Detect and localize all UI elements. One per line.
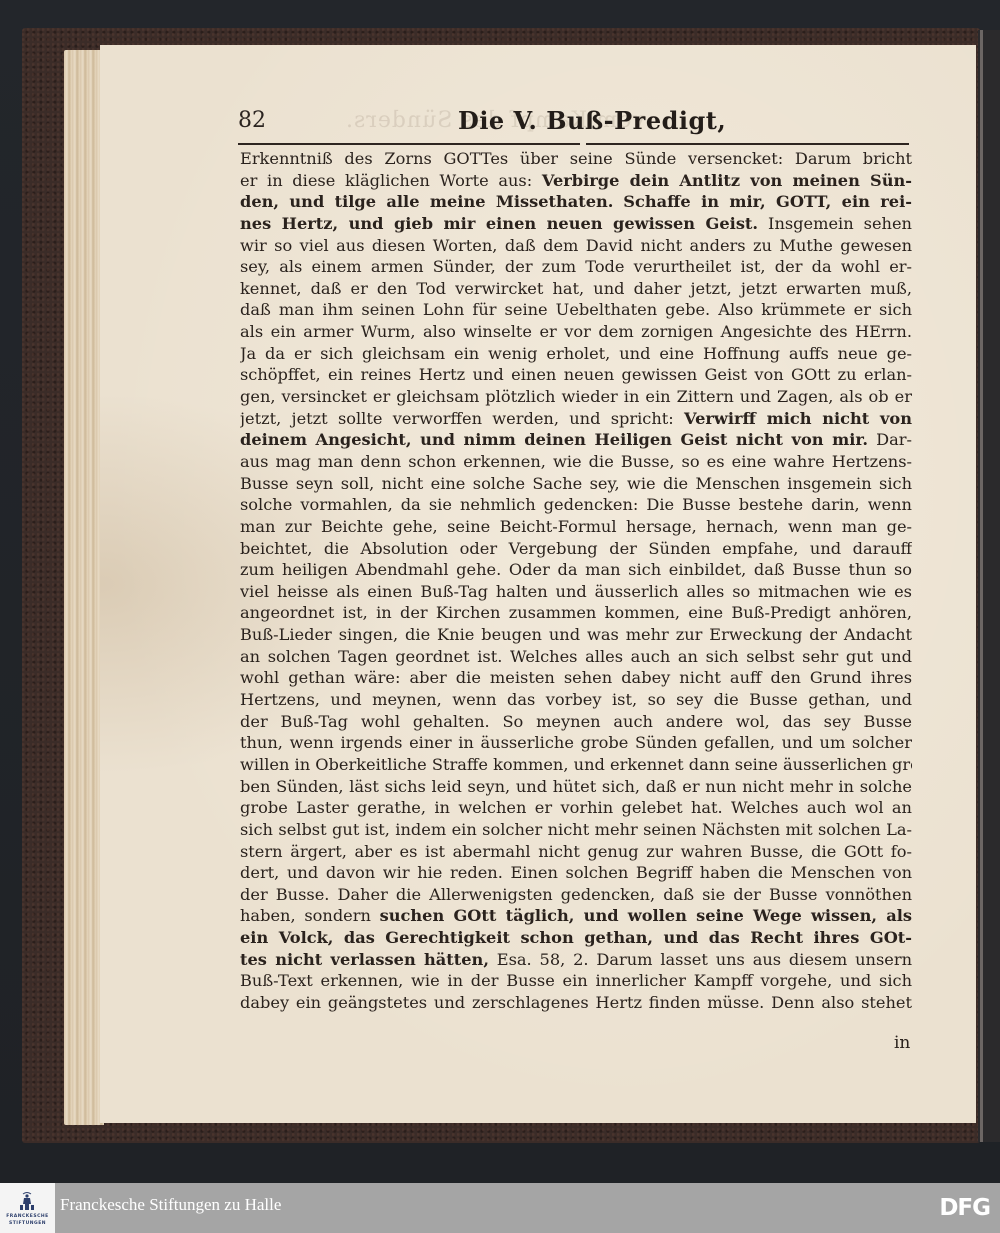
text-segment: stern ärgert, aber es ist abermahl nicht… bbox=[240, 842, 912, 861]
text-line: thun, wenn irgends einer in äusserliche … bbox=[240, 732, 912, 754]
page-number: 82 bbox=[238, 108, 266, 133]
text-segment: ben Sünden, läst sichs leid seyn, und hü… bbox=[240, 777, 912, 796]
text-line: haben, sondern suchen GOtt täglich, und … bbox=[240, 905, 912, 927]
text-segment: haben, sondern bbox=[240, 906, 380, 925]
catchword: in bbox=[894, 1033, 910, 1053]
text-line: ein Volck, das Gerechtigkeit schon getha… bbox=[240, 927, 912, 949]
text-line: als ein armer Wurm, also winselte er vor… bbox=[240, 321, 912, 343]
logo-text-line2: STIFTUNGEN bbox=[2, 1221, 53, 1226]
text-segment: daß man ihm seinen Lohn für seine Uebelt… bbox=[240, 300, 912, 319]
text-line: kennet, daß er den Tod verwircket hat, u… bbox=[240, 278, 912, 300]
text-segment: thun, wenn irgends einer in äusserliche … bbox=[240, 733, 912, 752]
text-segment: Esa. 58, 2. Darum lasset uns aus diesem … bbox=[489, 950, 912, 969]
emphasized-scripture-text: Verbirge dein Antlitz von meinen Sün- bbox=[542, 171, 912, 190]
text-line: den, und tilge alle meine Missethaten. S… bbox=[240, 191, 912, 213]
orphan-statue-icon bbox=[20, 1191, 34, 1211]
text-line: nes Hertz, und gieb mir einen neuen gewi… bbox=[240, 213, 912, 235]
text-line: grobe Laster gerathe, in welchen er vorh… bbox=[240, 797, 912, 819]
text-segment: willen in Oberkeitliche Straffe kommen, … bbox=[240, 755, 912, 774]
text-line: angeordnet ist, in der Kirchen zusammen … bbox=[240, 602, 912, 624]
text-segment: schöpffet, ein reines Hertz und einen ne… bbox=[240, 365, 912, 384]
text-segment: grobe Laster gerathe, in welchen er vorh… bbox=[240, 798, 912, 817]
page-edges bbox=[64, 50, 104, 1125]
text-segment: viel heisse als einen Buß-Tag halten und… bbox=[240, 582, 912, 601]
text-segment: Ja da er sich gleichsam ein wenig erhole… bbox=[240, 344, 912, 363]
text-segment: er in diese kläglichen Worte aus: bbox=[240, 171, 542, 190]
text-line: schöpffet, ein reines Hertz und einen ne… bbox=[240, 364, 912, 386]
institution-name[interactable]: Franckesche Stiftungen zu Halle bbox=[60, 1195, 281, 1215]
text-line: wohl gethan wäre: aber die meisten sehen… bbox=[240, 667, 912, 689]
running-head: Die V. Buß-Predigt, bbox=[458, 106, 726, 135]
emphasized-scripture-text: den, und tilge alle meine Missethaten. bbox=[240, 192, 613, 211]
text-line: Ja da er sich gleichsam ein wenig erhole… bbox=[240, 343, 912, 365]
text-segment: Hertzens, und meynen, wenn das vorbey is… bbox=[240, 690, 912, 709]
footer-bar: FRANCKESCHE STIFTUNGEN Franckesche Stift… bbox=[0, 1183, 1000, 1233]
emphasized-scripture-text: tes nicht verlassen hätten, bbox=[240, 950, 489, 969]
text-segment: gen, versincket er gleichsam plötzlich w… bbox=[240, 387, 912, 406]
text-line: zum heiligen Abendmahl gehe. Oder da man… bbox=[240, 559, 912, 581]
text-line: aus mag man denn schon erkennen, wie die… bbox=[240, 451, 912, 473]
emphasized-scripture-text: ein Volck, das Gerechtigkeit schon getha… bbox=[240, 928, 912, 947]
text-segment: zum heiligen Abendmahl gehe. Oder da man… bbox=[240, 560, 912, 579]
text-segment: der Buß-Tag wohl gehalten. So meynen auc… bbox=[240, 712, 912, 731]
text-line: stern ärgert, aber es ist abermahl nicht… bbox=[240, 841, 912, 863]
text-line: wir so viel aus diesen Worten, daß dem D… bbox=[240, 235, 912, 257]
text-segment: Insgemein sehen bbox=[758, 214, 912, 233]
text-segment: man zur Beichte gehe, seine Beicht-Formu… bbox=[240, 517, 912, 536]
text-segment: beichtet, die Absolution oder Vergebung … bbox=[240, 539, 912, 558]
text-segment: sich selbst gut ist, indem ein solcher n… bbox=[240, 820, 912, 839]
text-segment: dabey ein geängstetes und zerschlagenes … bbox=[240, 993, 912, 1012]
text-segment: der Busse. Daher die Allerwenigsten gede… bbox=[240, 885, 912, 904]
header-rule-left bbox=[238, 143, 580, 145]
text-segment: dert, und davon wir hie reden. Einen sol… bbox=[240, 863, 912, 882]
emphasized-scripture-text: deinem Angesicht, und nimm deinen Heilig… bbox=[240, 430, 868, 449]
header-rule-right bbox=[586, 143, 909, 145]
text-line: dabey ein geängstetes und zerschlagenes … bbox=[240, 992, 912, 1014]
text-segment: Dar- bbox=[868, 430, 912, 449]
text-line: man zur Beichte gehe, seine Beicht-Formu… bbox=[240, 516, 912, 538]
text-line: tes nicht verlassen hätten, Esa. 58, 2. … bbox=[240, 949, 912, 971]
text-line: deinem Angesicht, und nimm deinen Heilig… bbox=[240, 429, 912, 451]
text-segment: Erkenntniß des Zorns GOTTes über seine S… bbox=[240, 149, 912, 168]
body-text: Erkenntniß des Zorns GOTTes über seine S… bbox=[240, 148, 912, 1014]
text-line: jetzt, jetzt sollte verworffen werden, u… bbox=[240, 408, 912, 430]
text-segment: Busse seyn soll, nicht eine solche Sache… bbox=[240, 474, 912, 493]
text-segment: wohl gethan wäre: aber die meisten sehen… bbox=[240, 668, 912, 687]
text-line: dert, und davon wir hie reden. Einen sol… bbox=[240, 862, 912, 884]
institution-logo[interactable]: FRANCKESCHE STIFTUNGEN bbox=[0, 1183, 55, 1233]
book-cover-right-edge bbox=[978, 30, 1000, 1142]
text-line: der Buß-Tag wohl gehalten. So meynen auc… bbox=[240, 711, 912, 733]
text-line: der Busse. Daher die Allerwenigsten gede… bbox=[240, 884, 912, 906]
text-line: er in diese kläglichen Worte aus: Verbir… bbox=[240, 170, 912, 192]
emphasized-scripture-text: nes Hertz, und gieb mir einen neuen gewi… bbox=[240, 214, 758, 233]
text-segment: wir so viel aus diesen Worten, daß dem D… bbox=[240, 236, 912, 255]
text-segment: Buß-Text erkennen, wie in der Busse ein … bbox=[240, 971, 912, 990]
text-line: sey, als einem armen Sünder, der zum Tod… bbox=[240, 256, 912, 278]
text-segment: kennet, daß er den Tod verwircket hat, u… bbox=[240, 279, 912, 298]
logo-text-line1: FRANCKESCHE bbox=[2, 1214, 53, 1219]
text-segment: als ein armer Wurm, also winselte er vor… bbox=[240, 322, 912, 341]
text-segment: solche vormahlen, da sie nehmlich gedenc… bbox=[240, 495, 912, 514]
text-line: daß man ihm seinen Lohn für seine Uebelt… bbox=[240, 299, 912, 321]
text-line: Busse seyn soll, nicht eine solche Sache… bbox=[240, 473, 912, 495]
text-line: Erkenntniß des Zorns GOTTes über seine S… bbox=[240, 148, 912, 170]
text-line: sich selbst gut ist, indem ein solcher n… bbox=[240, 819, 912, 841]
text-segment: an solchen Tagen geordnet ist. Welches a… bbox=[240, 647, 912, 666]
text-segment: sey, als einem armen Sünder, der zum Tod… bbox=[240, 257, 912, 276]
text-segment: angeordnet ist, in der Kirchen zusammen … bbox=[240, 603, 912, 622]
text-line: ben Sünden, läst sichs leid seyn, und hü… bbox=[240, 776, 912, 798]
text-line: Hertzens, und meynen, wenn das vorbey is… bbox=[240, 689, 912, 711]
dfg-logo[interactable]: DFG bbox=[939, 1195, 990, 1221]
text-line: Buß-Lieder singen, die Knie beugen und w… bbox=[240, 624, 912, 646]
text-line: beichtet, die Absolution oder Vergebung … bbox=[240, 538, 912, 560]
text-segment: jetzt, jetzt sollte verworffen werden, u… bbox=[240, 409, 684, 428]
text-segment bbox=[613, 192, 623, 211]
emphasized-scripture-text: Verwirff mich nicht von bbox=[684, 409, 912, 428]
emphasized-scripture-text: suchen GOtt täglich, und wollen seine We… bbox=[380, 906, 912, 925]
text-line: solche vormahlen, da sie nehmlich gedenc… bbox=[240, 494, 912, 516]
text-segment: aus mag man denn schon erkennen, wie die… bbox=[240, 452, 912, 471]
emphasized-scripture-text: Schaffe in mir, GOTT, ein rei- bbox=[623, 192, 912, 211]
text-line: willen in Oberkeitliche Straffe kommen, … bbox=[240, 754, 912, 776]
text-line: Buß-Text erkennen, wie in der Busse ein … bbox=[240, 970, 912, 992]
text-line: viel heisse als einen Buß-Tag halten und… bbox=[240, 581, 912, 603]
text-segment: Buß-Lieder singen, die Knie beugen und w… bbox=[240, 625, 912, 644]
text-line: gen, versincket er gleichsam plötzlich w… bbox=[240, 386, 912, 408]
text-line: an solchen Tagen geordnet ist. Welches a… bbox=[240, 646, 912, 668]
